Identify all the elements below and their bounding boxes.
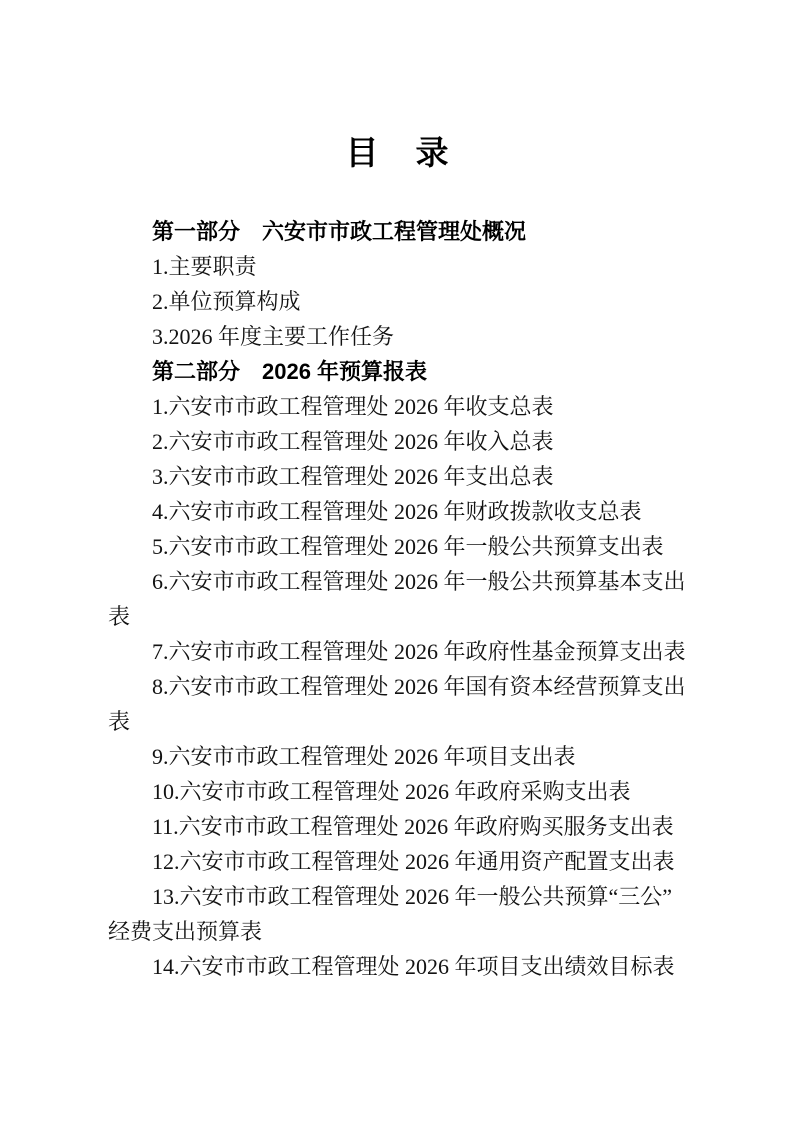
document-page: 目 录 第一部分 六安市市政工程管理处概况1.主要职责2.单位预算构成3.202… [0,0,793,1122]
toc-entry: 13.六安市市政工程管理处 2026 年一般公共预算“三公”经费支出预算表 [108,879,688,949]
section-heading: 第一部分 六安市市政工程管理处概况 [108,214,688,249]
toc-entry: 2.六安市市政工程管理处 2026 年收入总表 [108,424,688,459]
toc-entry: 3.2026 年度主要工作任务 [108,319,688,354]
toc-entry: 1.主要职责 [108,249,688,284]
section-heading: 第二部分 2026 年预算报表 [108,354,688,389]
page-title: 目 录 [108,134,688,174]
toc-entry: 5.六安市市政工程管理处 2026 年一般公共预算支出表 [108,529,688,564]
toc-entry: 10.六安市市政工程管理处 2026 年政府采购支出表 [108,774,688,809]
toc-entry: 8.六安市市政工程管理处 2026 年国有资本经营预算支出表 [108,669,688,739]
toc-entry: 1.六安市市政工程管理处 2026 年收支总表 [108,389,688,424]
toc-entry: 12.六安市市政工程管理处 2026 年通用资产配置支出表 [108,844,688,879]
toc-entry: 9.六安市市政工程管理处 2026 年项目支出表 [108,739,688,774]
toc-entry: 7.六安市市政工程管理处 2026 年政府性基金预算支出表 [108,634,688,669]
toc-entry: 14.六安市市政工程管理处 2026 年项目支出绩效目标表 [108,949,688,984]
table-of-contents: 第一部分 六安市市政工程管理处概况1.主要职责2.单位预算构成3.2026 年度… [108,214,688,984]
toc-entry: 6.六安市市政工程管理处 2026 年一般公共预算基本支出表 [108,564,688,634]
toc-entry: 4.六安市市政工程管理处 2026 年财政拨款收支总表 [108,494,688,529]
toc-entry: 3.六安市市政工程管理处 2026 年支出总表 [108,459,688,494]
toc-entry: 2.单位预算构成 [108,284,688,319]
toc-entry: 11.六安市市政工程管理处 2026 年政府购买服务支出表 [108,809,688,844]
